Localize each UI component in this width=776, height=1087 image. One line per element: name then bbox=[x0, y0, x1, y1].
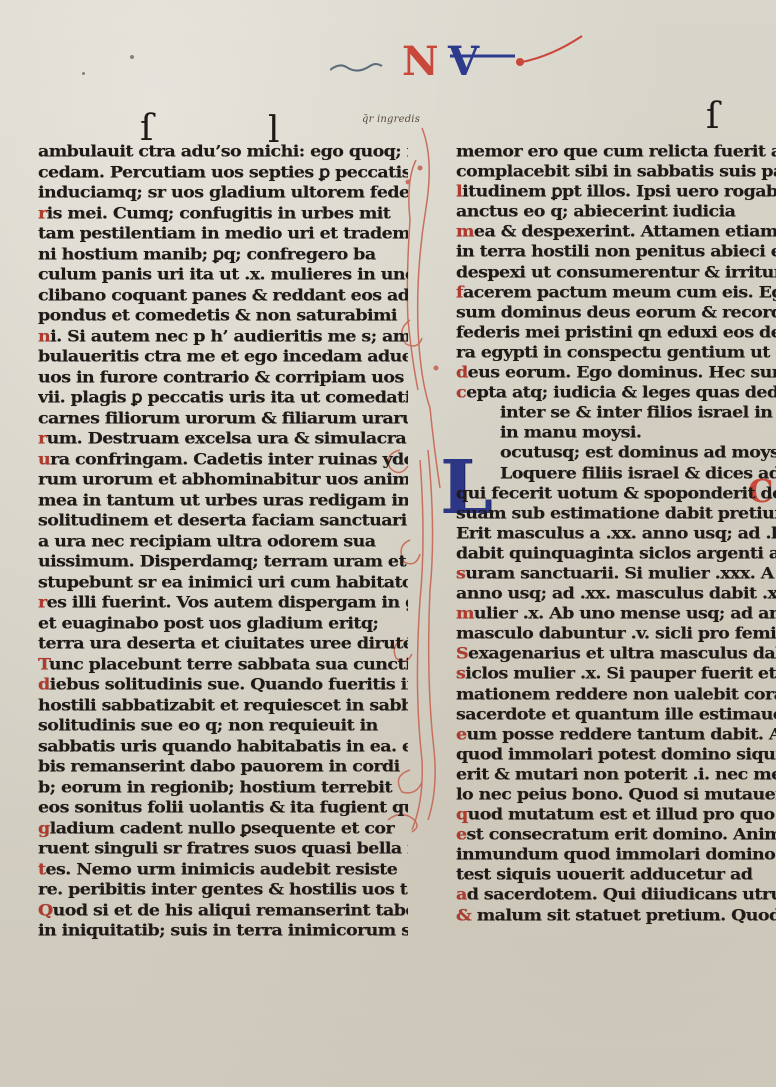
text-line: rum. Destruam excelsa ura & simulacra bbox=[38, 430, 408, 449]
rubric-capital: e bbox=[456, 726, 467, 744]
text-line: sabbatis uris quando habitabatis in ea. … bbox=[38, 737, 408, 756]
rubric-capital: a bbox=[456, 886, 467, 904]
text-line: quod immolari potest domino siquis uo bbox=[456, 746, 776, 764]
text-line: solitudinis sue eo q; non requieuit in bbox=[38, 717, 408, 736]
text-line: cedam. Percutiam uos septies ꝑ peccatis … bbox=[38, 163, 408, 182]
text-line: uos in furore contrario & corripiam uos bbox=[38, 368, 408, 387]
text-line: complacebit sibi in sabbatis suis patien… bbox=[456, 163, 776, 181]
text-line: Tunc placebunt terre sabbata sua cunctis bbox=[38, 655, 408, 674]
text-line: pondus et comedetis & non saturabimi bbox=[38, 307, 408, 326]
text-line: stupebunt sr ea inimici uri cum habitato bbox=[38, 573, 408, 592]
text-line: ris mei. Cumq; confugitis in urbes mit bbox=[38, 204, 408, 223]
text-line: quod mutatum est et illud pro quo mu bbox=[456, 806, 776, 824]
rubric-capital: q bbox=[456, 806, 468, 824]
text-line: terra ura deserta et ciuitates uree diru… bbox=[38, 635, 408, 654]
text-line: deus eorum. Ego dominus. Hec sunt p bbox=[456, 364, 776, 382]
ink-stain bbox=[82, 72, 85, 75]
text-line: diebus solitudinis sue. Quando fueritis … bbox=[38, 676, 408, 695]
text-line: suam sub estimatione dabit pretium. bbox=[456, 504, 776, 522]
rubric-capital: T bbox=[38, 655, 49, 673]
rubric-capital: u bbox=[38, 450, 50, 468]
text-line: mea in tantum ut urbes uras redigam in bbox=[38, 491, 408, 510]
text-line: ni. Si autem nec p h’ audieritis me s; a… bbox=[38, 327, 408, 346]
text-line: in manu moysi. bbox=[456, 424, 776, 442]
text-line: ad sacerdotem. Qui diiudicans utrum bo bbox=[456, 886, 776, 904]
text-line: federis mei pristini qn eduxi eos de ter bbox=[456, 324, 776, 342]
text-line: erit & mutari non poterit .i. nec melius bbox=[456, 766, 776, 784]
text-column-right: memor ero que cum relicta fuerit ab comp… bbox=[456, 142, 776, 926]
rubric-capital: f bbox=[456, 283, 463, 301]
rubric-capital: d bbox=[38, 676, 50, 694]
text-line: est consecratum erit domino. Animal bbox=[456, 826, 776, 844]
text-line: & malum sit statuet pretium. Quod si da bbox=[456, 906, 776, 924]
text-line: uissimum. Disperdamq; terram uram et bbox=[38, 553, 408, 572]
text-line: facerem pactum meum cum eis. Ego bbox=[456, 283, 776, 301]
text-line: bis remanserint dabo pauorem in cordi bbox=[38, 758, 408, 777]
text-line: cepta atq; iudicia & leges quas dedit do… bbox=[456, 384, 776, 402]
ink-stain bbox=[130, 55, 134, 59]
text-line: ocutusq; est dominus ad moysen dicens bbox=[456, 444, 776, 462]
text-line: mea & despexerint. Attamen etiam cum ess… bbox=[456, 223, 776, 241]
text-line: in iniquitatib; suis in terra inimicorum… bbox=[38, 922, 408, 941]
rubric-capital: r bbox=[38, 204, 47, 222]
text-line: Quod si et de his aliqui remanserint tab… bbox=[38, 901, 408, 920]
rubric-capital: r bbox=[38, 430, 47, 448]
rubric-capital: m bbox=[456, 605, 474, 623]
text-line: Erit masculus a .xx. anno usq; ad .lx. a… bbox=[456, 525, 776, 543]
text-line: induciamq; sr uos gladium ultorem fede bbox=[38, 184, 408, 203]
text-line: inmundum quod immolari domino non bbox=[456, 846, 776, 864]
text-line: sum dominus deus eorum & recordabor bbox=[456, 304, 776, 322]
text-line: inter se & inter filios israel in monte … bbox=[456, 404, 776, 422]
rubric-capital: & bbox=[456, 906, 471, 924]
text-line: eos sonitus folii uolantis & ita fugient… bbox=[38, 799, 408, 818]
text-line: b; eorum in regionib; hostium terrebit bbox=[38, 778, 408, 797]
text-line: Sexagenarius et ultra masculus dab bbox=[456, 645, 776, 663]
rubric-capital: S bbox=[456, 645, 468, 663]
text-line: test siquis uouerit adducetur ad bbox=[456, 866, 776, 884]
text-line: gladium cadent nullo ꝑsequente et cor bbox=[38, 819, 408, 838]
ascender-flourish-icon: ſ bbox=[706, 96, 719, 137]
text-line: ruent singuli sr fratres suos quasi bell… bbox=[38, 840, 408, 859]
text-column-left: ambulauit ctra adu’so michi: ego quoq; i… bbox=[38, 142, 408, 942]
rubric-capital: d bbox=[456, 364, 468, 382]
manuscript-page: N V q̄r ingredis ſ l ſ L C ambulauit ctr… bbox=[0, 0, 776, 1087]
text-line: a ura nec recipiam ultra odorem sua bbox=[38, 532, 408, 551]
text-line: eum posse reddere tantum dabit. Animal bbox=[456, 726, 776, 744]
rubric-capital: g bbox=[38, 819, 50, 837]
rubric-capital: e bbox=[456, 826, 467, 844]
text-line: anno usq; ad .xx. masculus dabit .xx. bbox=[456, 585, 776, 603]
rubric-capital: s bbox=[456, 565, 465, 583]
text-line: qui fecerit uotum & spoponderit deo anim… bbox=[456, 484, 776, 502]
text-line: mationem reddere non ualebit coram bbox=[456, 685, 776, 703]
rubric-capital: r bbox=[38, 594, 47, 612]
text-line: suram sanctuarii. Si mulier .xxx. A quin… bbox=[456, 565, 776, 583]
text-line: bulaueritis ctra me et ego incedam aduer… bbox=[38, 348, 408, 367]
text-line: anctus eo q; abiecerint iudicia bbox=[456, 203, 776, 221]
text-line: sacerdote et quantum ille estimauerit & … bbox=[456, 705, 776, 723]
text-line: litudinem ꝑpt illos. Ipsi uero rogabunt … bbox=[456, 183, 776, 201]
rubric-capital: m bbox=[456, 223, 474, 241]
running-head: N V bbox=[330, 20, 590, 90]
text-line: res illi fuerint. Vos autem dispergam in… bbox=[38, 594, 408, 613]
text-line: rum urorum et abhominabitur uos anima bbox=[38, 471, 408, 490]
text-line: et euaginabo post uos gladium eritq; bbox=[38, 614, 408, 633]
rubric-capital: Q bbox=[38, 901, 53, 919]
text-line: siclos mulier .x. Si pauper fuerit et ad bbox=[456, 665, 776, 683]
rubric-capital: t bbox=[38, 860, 45, 878]
text-line: despexi ut consumerentur & irritum bbox=[456, 263, 776, 281]
text-line: ura confringam. Cadetis inter ruinas ydo… bbox=[38, 450, 408, 469]
text-line: culum panis uri ita ut .x. mulieres in u… bbox=[38, 266, 408, 285]
text-line: ambulauit ctra adu’so michi: ego quoq; i bbox=[38, 143, 408, 162]
text-line: re. peribitis inter gentes & hostilis uo… bbox=[38, 881, 408, 900]
text-line: Loquere filiis israel & dices ad eos. Ho… bbox=[456, 464, 776, 482]
text-line: dabit quinquaginta siclos argenti ad men bbox=[456, 545, 776, 563]
text-line: masculo dabuntur .v. sicli pro femina bbox=[456, 625, 776, 643]
text-line: clibano coquant panes & reddant eos ad bbox=[38, 286, 408, 305]
text-line: solitudinem et deserta faciam sanctuari bbox=[38, 512, 408, 531]
text-line: tam pestilentiam in medio uri et trademi bbox=[38, 225, 408, 244]
rubric-capital: n bbox=[38, 327, 50, 345]
text-line: tes. Nemo urm inimicis audebit resiste bbox=[38, 860, 408, 879]
text-line: carnes filiorum urorum & filiarum urarum… bbox=[38, 409, 408, 428]
running-head-letter-n: N bbox=[402, 42, 439, 82]
text-line: lo nec peius bono. Quod si mutauerit bbox=[456, 786, 776, 804]
text-line: memor ero que cum relicta fuerit ab bbox=[456, 143, 776, 161]
text-line: ni hostium manib; ꝑq; confregero ba bbox=[38, 245, 408, 264]
rubric-capital: s bbox=[456, 665, 465, 683]
text-line: mulier .x. Ab uno mense usq; ad annum bbox=[456, 605, 776, 623]
rubric-capital: l bbox=[456, 183, 462, 201]
running-head-letter-v: V bbox=[448, 42, 479, 82]
text-line: in terra hostili non penitus abieci eos bbox=[456, 243, 776, 261]
text-line: hostili sabbatizabit et requiescet in sa… bbox=[38, 696, 408, 715]
text-line: vii. plagis ꝑ peccatis uris ita ut comed… bbox=[38, 389, 408, 408]
rubric-capital: c bbox=[456, 384, 466, 402]
text-line: ra egypti in conspectu gentium ut essem bbox=[456, 344, 776, 362]
